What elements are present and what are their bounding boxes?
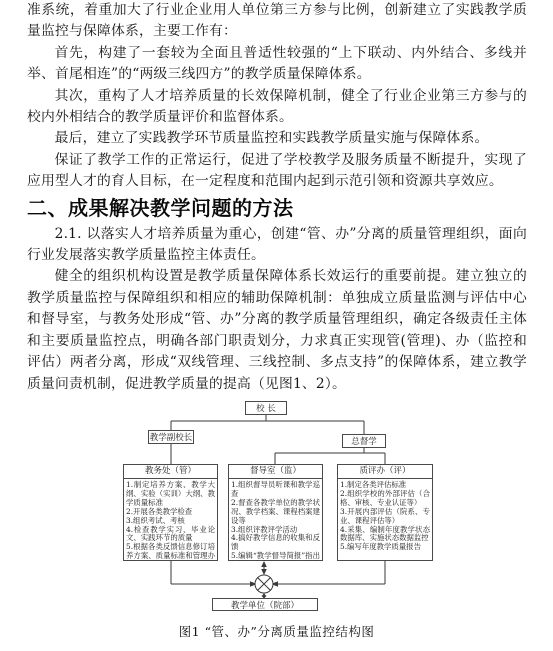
org-chart-figure: 校 长 教学副校长 总督学 教务处（管） 1.制定培养方案、教学大纲、实验（实训… [0,396,553,651]
list-item: 4.采集、编制年度教学状态数据库、实施状态数据监控 [340,526,430,544]
node-supervision-office: 督导室（监） 1.组织督导员听课和教学巡查 2.督查各教学单位的教学状况、教学档… [228,464,323,561]
figure-caption: 图1 “管、办”分离质量监控结构图 [0,622,553,640]
node-academic-affairs-office: 教务处（管） 1.制定培养方案、教学大纲、实验（实训）大纲、教学质量标准 2.开… [123,464,218,561]
node-chief-supervisor: 总督学 [342,434,386,448]
section-heading: 二、成果解决教学问题的方法 [27,197,527,221]
node-principal: 校 长 [245,401,287,415]
paragraph: 2.1. 以落实人才培养质量为重心，创建“管、办”分离的质量管理组织，面向行业发… [27,224,527,267]
paragraph: 首先，构建了一套较为全面且普适性较强的“上下联动、内外结合、多线并举、首尾相连”… [27,43,527,86]
dept-title: 督导室（监） [229,465,322,479]
dept-duty-list: 1.制定各类评估标准 2.组织学校的外部评估（合格、审核、专业认证等） 3.开展… [338,479,432,561]
list-item: 1.制定培养方案、教学大纲、实验（实训）大纲、教学质量标准 [126,481,215,508]
list-item: 4.搞好教学信息的收集和反馈 [231,534,320,552]
list-item: 4.检查教学实习、毕业论文、实践环节的质量 [126,526,215,544]
dept-title: 教务处（管） [124,465,217,479]
list-item: 3.开展内部评估（院系、专业、课程评估等） [340,508,430,526]
list-item: 5.编辑“教学督导简报”指出问题、推广先进、介绍经验 [231,552,320,561]
paragraph: 准系统，着重加大了行业企业用人单位第三方参与比例，创新建立了实践教学质量监控与保… [27,0,527,43]
body-text: 准系统，着重加大了行业企业用人单位第三方参与比例，创新建立了实践教学质量监控与保… [27,0,527,396]
list-item: 5.编写年度教学质量报告 [340,543,430,552]
list-item: 1.组织督导员听课和教学巡查 [231,481,320,499]
document-page: 准系统，着重加大了行业企业用人单位第三方参与比例，创新建立了实践教学质量监控与保… [0,0,553,651]
list-item: 2.组织学校的外部评估（合格、审核、专业认证等） [340,490,430,508]
dept-title: 质评办（评） [338,465,432,479]
list-item: 5.根据各类反馈信息修订培养方案、质量标准和管理办法 [126,543,215,561]
dept-duty-list: 1.制定培养方案、教学大纲、实验（实训）大纲、教学质量标准 2.开展各类教学检查… [124,479,217,561]
paragraph: 其次，重构了人才培养质量的长效保障机制，健全了行业企业第三方参与的校内外相结合的… [27,86,527,129]
paragraph: 最后，建立了实践教学环节质量监控和实践教学质量实施与保障体系。 [27,128,527,149]
junction-circle-icon [255,575,273,593]
node-vice-principal: 教学副校长 [148,430,194,444]
list-item: 2.督查各教学单位的教学状况、教学档案、课程档案建设等 [231,499,320,526]
paragraph: 健全的组织机构设置是教学质量保障体系长效运行的重要前提。建立独立的教学质量监控与… [27,266,527,394]
dept-duty-list: 1.组织督导员听课和教学巡查 2.督查各教学单位的教学状况、教学档案、课程档案建… [229,479,322,561]
paragraph: 保证了教学工作的正常运行，促进了学校教学及服务质量不断提升，实现了应用型人才的育… [27,150,527,193]
node-quality-evaluation-office: 质评办（评） 1.制定各类评估标准 2.组织学校的外部评估（合格、审核、专业认证… [337,464,433,561]
node-teaching-unit: 教学单位（院部） [212,598,318,611]
